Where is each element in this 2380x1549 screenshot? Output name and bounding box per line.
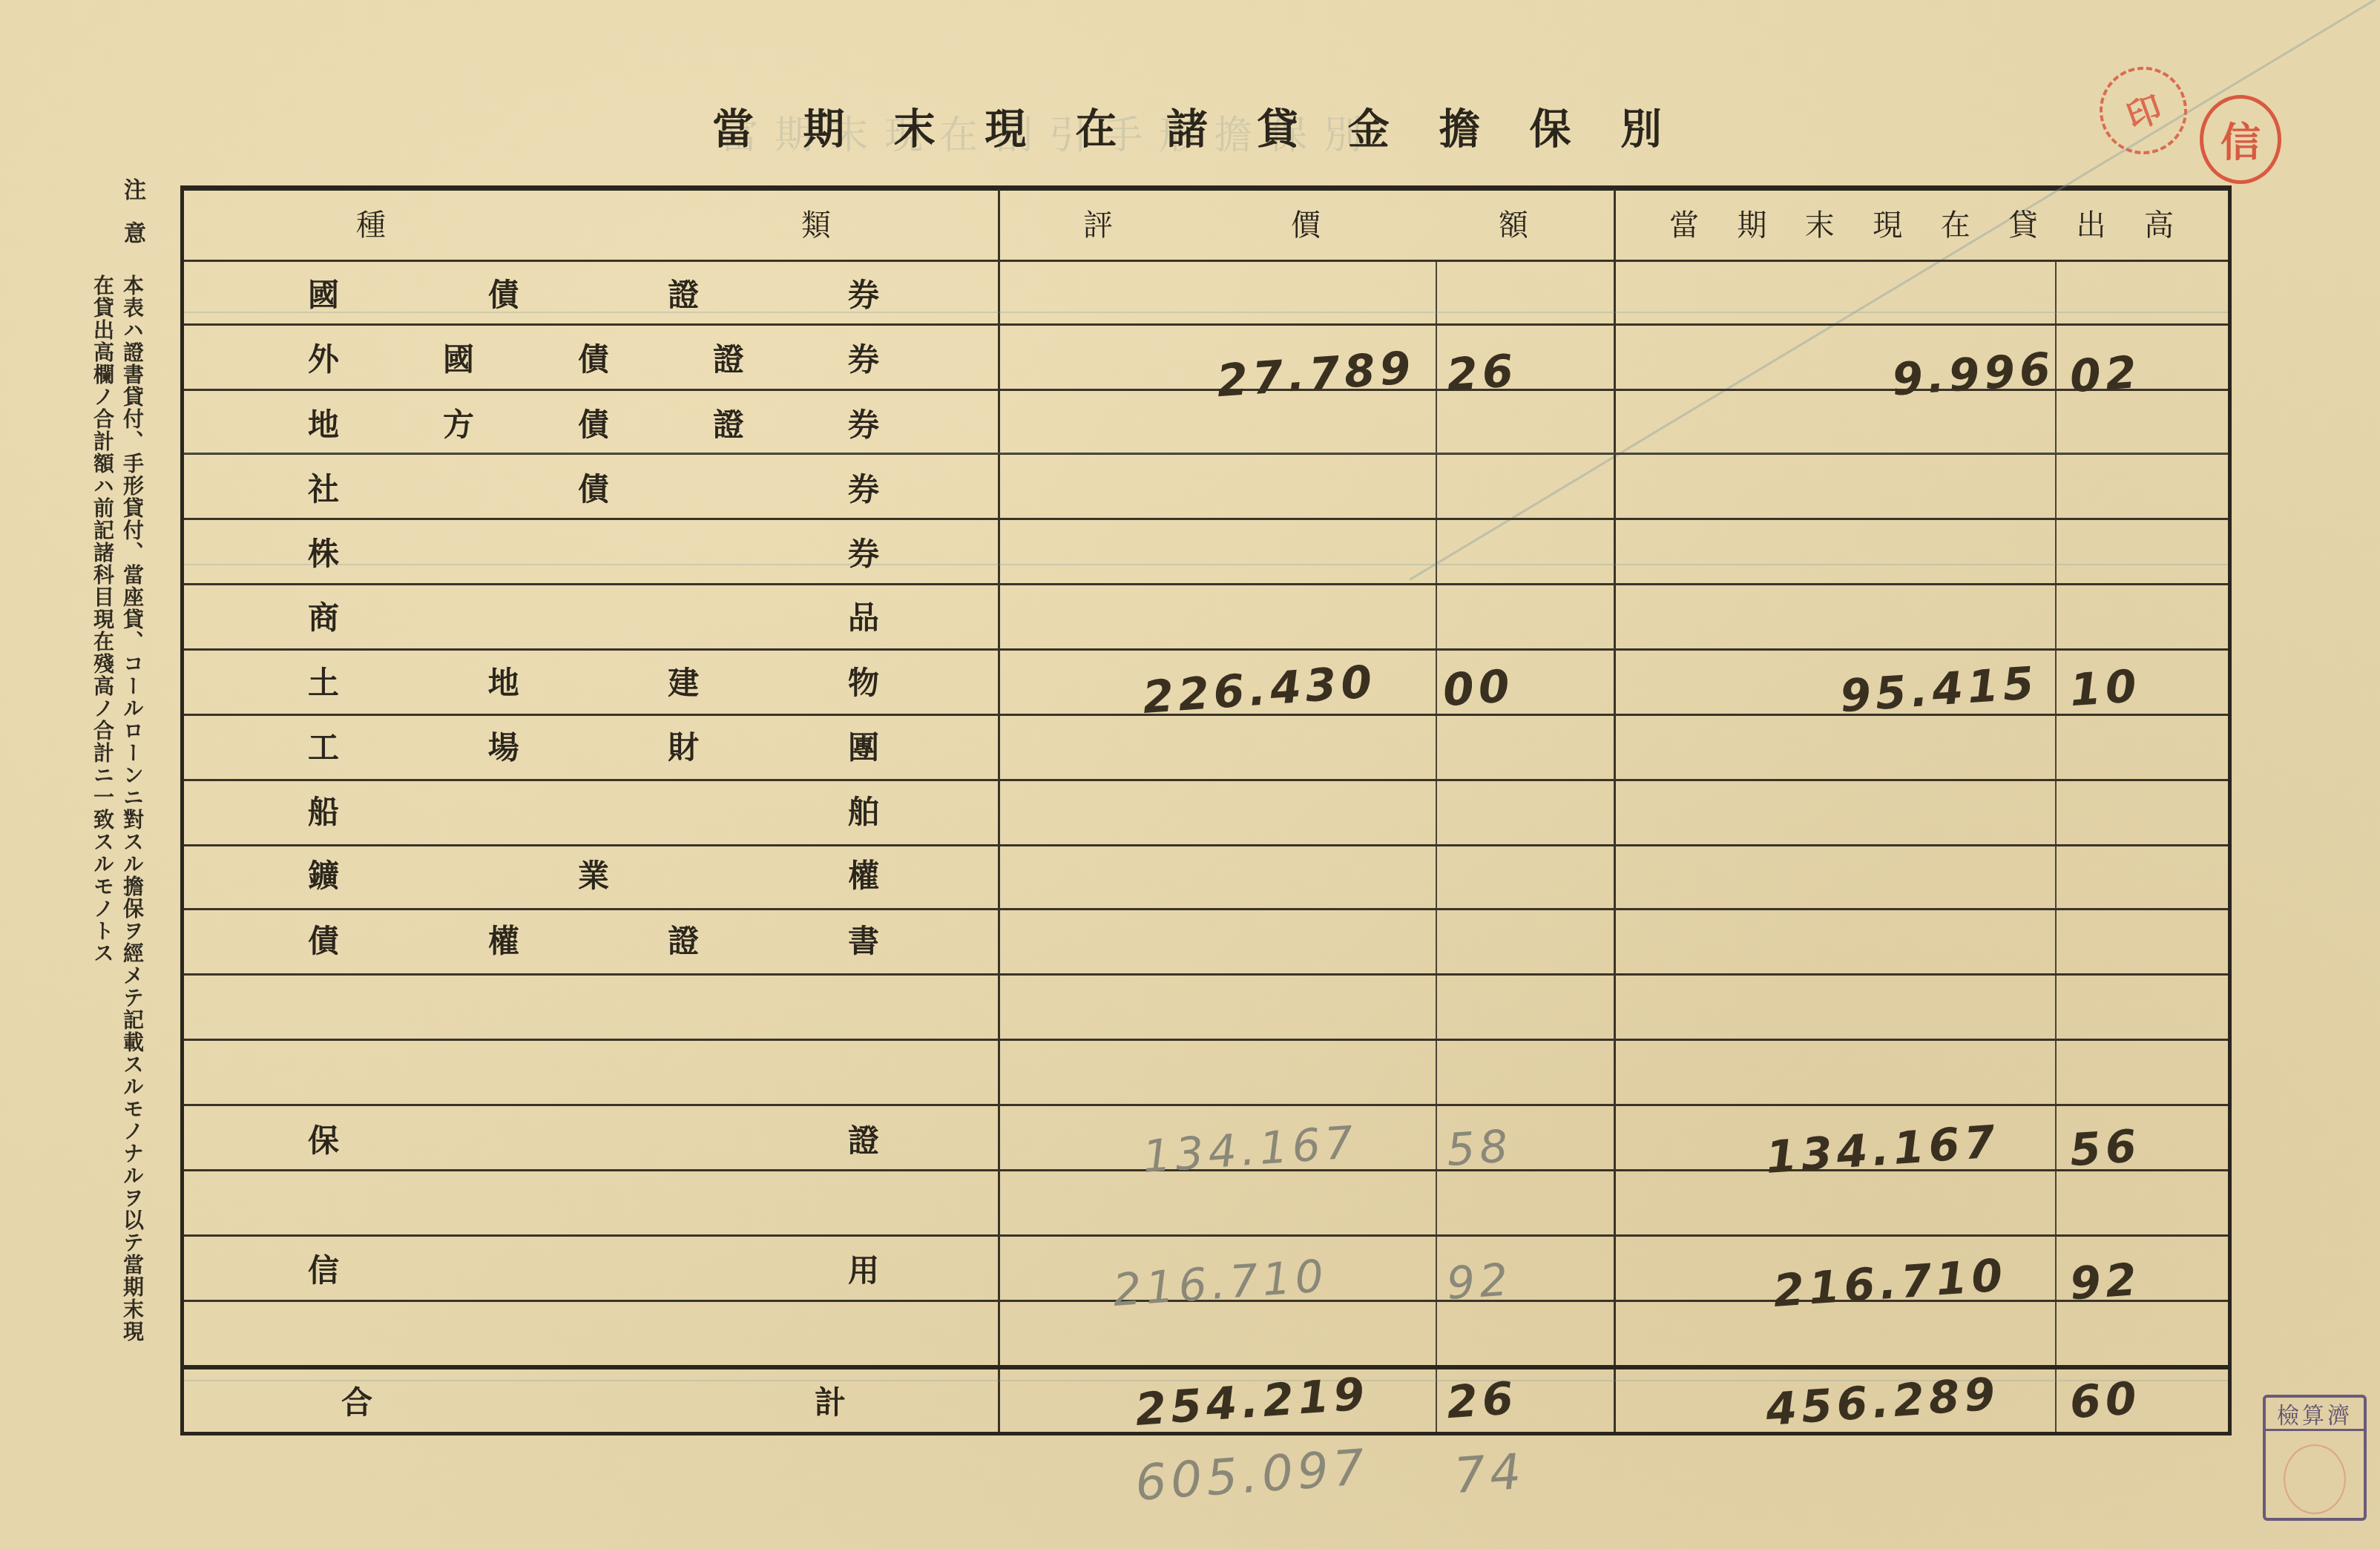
label-char: 券: [848, 465, 879, 510]
header-char: 當: [1669, 202, 1699, 244]
header-valuation: 評 價 額: [1083, 200, 1528, 245]
label-char: 用: [848, 1246, 879, 1291]
row-line: [184, 779, 2228, 781]
header-char: 貸: [2008, 202, 2038, 244]
valuation-sen-land-buildings: 00: [1442, 660, 1516, 717]
title-char: 在: [1076, 96, 1117, 156]
row-label-national-bonds: 國 債 證 券: [308, 271, 879, 315]
col-divider-valuation-loans: [1614, 189, 1616, 1432]
partial-red-seal: 印: [2087, 54, 2199, 166]
label-char: 券: [848, 271, 879, 315]
label-char: 物: [848, 659, 879, 703]
label-char: 證: [848, 1116, 879, 1161]
page-title: 當 期 末 現 在 諸 貸 金 擔 保 別: [712, 96, 1662, 156]
note-line-1: 本表ハ證書貸付、手形貸付、當座貸、コールローンニ對スル擔保ヲ經メテ記載スルモノナ…: [117, 274, 147, 1432]
header-char: 高: [2144, 202, 2174, 244]
title-char: 現: [984, 96, 1026, 156]
row-line: [184, 1039, 2228, 1041]
label-char: 券: [848, 530, 879, 574]
header-char: 期: [1737, 202, 1766, 244]
label-char: 國: [443, 335, 474, 380]
title-char: 當: [712, 96, 754, 156]
title-char: 金: [1348, 96, 1390, 156]
title-char: 末: [894, 96, 936, 156]
label-char: 權: [488, 917, 519, 961]
header-char: 類: [801, 202, 831, 244]
total-row-top-line: [184, 1365, 2228, 1369]
row-label-stocks: 株 券: [308, 530, 879, 574]
label-char: 業: [578, 852, 609, 896]
label-char: 地: [488, 659, 519, 703]
header-char: 種: [356, 202, 386, 244]
row-label-credit: 信 用: [308, 1246, 879, 1291]
label-char: 外: [308, 335, 339, 380]
label-char: 債: [488, 271, 519, 315]
title-char: 擔: [1439, 96, 1480, 156]
label-char: 合: [341, 1378, 372, 1423]
row-line: [184, 973, 2228, 976]
label-char: 國: [308, 271, 339, 315]
row-label-corporate-bonds: 社 債 券: [308, 465, 879, 510]
header-char: 額: [1499, 202, 1528, 244]
loans-sen-foreign-bonds: 02: [2068, 346, 2143, 403]
pencil-sum-below-table: 605.097: [1134, 1438, 1371, 1512]
label-char: 證: [668, 271, 699, 315]
label-char: 株: [308, 530, 339, 574]
label-char: 證: [713, 401, 744, 445]
header-current-loans: 當 期 末 現 在 貸 出 高: [1669, 200, 2174, 245]
label-char: 債: [308, 917, 339, 961]
note-line-2: 在貸出高欄ノ合計額ハ前記諸科目現在殘高ノ合計ニ一致スルモノトス: [88, 274, 117, 1016]
label-char: 船: [308, 788, 339, 832]
header-type: 種 類: [356, 200, 831, 245]
row-line: [184, 583, 2228, 585]
valuation-sen-guarantee: 58: [1445, 1120, 1514, 1177]
valuation-sen-foreign-bonds: 26: [1445, 345, 1519, 401]
row-line: [184, 1234, 2228, 1237]
row-line: [184, 908, 2228, 910]
title-char: 貸: [1257, 96, 1298, 156]
row-label-ships: 船 舶: [308, 788, 879, 832]
label-char: 證: [713, 335, 744, 380]
row-label-debt-certificates: 債 權 證 書: [308, 917, 879, 961]
label-char: 權: [848, 852, 879, 896]
row-line: [184, 323, 2228, 326]
row-label-foreign-bonds: 外 國 債 證 券: [308, 335, 879, 380]
label-char: 工: [308, 723, 339, 768]
label-char: 保: [308, 1116, 339, 1161]
header-char: 價: [1291, 202, 1321, 244]
inspection-stamp-label: 檢算濟: [2266, 1398, 2364, 1431]
row-label-land-buildings: 土 地 建 物: [308, 659, 879, 703]
seal-glyph: 印: [2119, 82, 2168, 139]
label-char: 場: [488, 723, 519, 768]
label-char: 債: [578, 335, 609, 380]
seal-glyph: 信: [2220, 111, 2261, 168]
row-line: [184, 260, 2228, 262]
label-char: 券: [848, 335, 879, 380]
label-char: 團: [848, 723, 879, 768]
label-char: 社: [308, 465, 339, 510]
label-char: 券: [848, 401, 879, 445]
label-char: 地: [308, 401, 339, 445]
inspection-stamp: 檢算濟: [2263, 1395, 2367, 1521]
label-char: 財: [668, 723, 699, 768]
row-label-total: 合 計: [341, 1378, 846, 1423]
pencil-sum-sen-below-table: 74: [1452, 1443, 1527, 1505]
label-char: 證: [668, 917, 699, 961]
row-label-guarantee: 保 證: [308, 1116, 879, 1161]
label-char: 舶: [848, 788, 879, 832]
label-char: 土: [308, 659, 339, 703]
title-char: 期: [803, 96, 844, 156]
valuation-sen-credit: 92: [1445, 1254, 1514, 1310]
oval-red-seal: 信: [2200, 95, 2281, 184]
row-line: [184, 844, 2228, 846]
title-char: 別: [1620, 96, 1662, 156]
label-char: 書: [848, 917, 879, 961]
loans-sen-land-buildings: 10: [2068, 660, 2143, 717]
title-char: 諸: [1166, 96, 1208, 156]
header-char: 在: [1941, 202, 1970, 244]
label-char: 債: [578, 401, 609, 445]
header-char: 評: [1083, 202, 1113, 244]
row-label-factory-foundation: 工 場 財 團: [308, 723, 879, 768]
label-char: 信: [308, 1246, 339, 1291]
row-line: [184, 518, 2228, 520]
loans-sen-guarantee: 56: [2068, 1120, 2143, 1177]
row-line: [184, 648, 2228, 651]
row-label-local-bonds: 地 方 債 證 券: [308, 401, 879, 445]
label-char: 建: [668, 659, 699, 703]
row-label-mining-rights: 鑛 業 權: [308, 852, 879, 896]
loans-sen-credit: 92: [2068, 1254, 2143, 1310]
label-char: 商: [308, 593, 339, 638]
loans-sen-total: 60: [2068, 1372, 2143, 1429]
label-char: 債: [578, 465, 609, 510]
header-char: 現: [1873, 202, 1902, 244]
header-char: 末: [1805, 202, 1835, 244]
bleedthrough-line: [184, 453, 2228, 454]
label-char: 方: [443, 401, 474, 445]
label-char: 鑛: [308, 852, 339, 896]
header-char: 出: [2077, 202, 2106, 244]
col-divider-type-valuation: [998, 189, 1000, 1432]
valuation-sen-total: 26: [1445, 1372, 1519, 1429]
label-char: 計: [815, 1378, 846, 1423]
row-line: [184, 1104, 2228, 1106]
row-label-commodities: 商 品: [308, 593, 879, 638]
faint-red-seal: [2284, 1444, 2346, 1514]
label-char: 品: [848, 593, 879, 638]
title-char: 保: [1530, 96, 1571, 156]
